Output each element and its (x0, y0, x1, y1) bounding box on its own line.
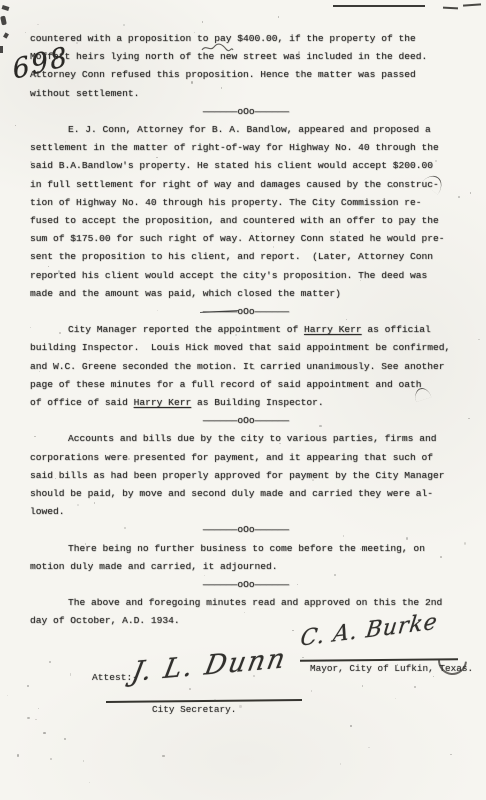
scan-noise-dot (50, 758, 52, 760)
text-line: E. J. Conn, Attorney for B. A. Bandlow, … (30, 121, 462, 139)
scan-noise-dot (92, 562, 93, 563)
scan-noise-dot (7, 695, 8, 696)
scan-noise-dot (450, 754, 452, 755)
text-line: fused to accept the proposition, and cou… (30, 212, 462, 230)
scan-noise-dot (395, 698, 396, 699)
scan-noise-dot (346, 319, 347, 320)
scan-noise-dot (189, 688, 191, 690)
section-divider: ——————oOo—————— (30, 103, 462, 121)
paragraph: E. J. Conn, Attorney for B. A. Bandlow, … (30, 121, 462, 303)
text-line: in full settlement for right of way and … (30, 176, 462, 194)
scan-noise-dot (173, 240, 174, 241)
scan-noise-dot (478, 339, 479, 341)
scan-noise-dot (414, 686, 416, 688)
scan-noise-dot (55, 478, 56, 479)
scan-noise-dot (123, 24, 125, 26)
scan-noise-dot (64, 738, 66, 739)
text-line: Accounts and bills due by the city to va… (30, 430, 462, 448)
scan-noise-dot (38, 708, 40, 709)
punch-hole-arc (432, 640, 473, 681)
scan-noise-dot (464, 542, 466, 545)
scan-speck (0, 16, 7, 26)
scan-noise-dot (162, 755, 164, 756)
scan-noise-dot (27, 685, 29, 688)
top-edge-line (333, 5, 425, 7)
text-line: settlement in the matter of right-of-way… (30, 139, 462, 157)
text-line: page of these minutes for a full record … (30, 376, 462, 394)
text-line: said B.A.Bandlow's property. He stated h… (30, 157, 462, 175)
section-divider: ——————oOo—————— (30, 521, 462, 539)
scan-noise-dot (191, 81, 193, 83)
text-line: made and the amount was paid, which clos… (30, 285, 462, 303)
scan-noise-dot (77, 504, 79, 505)
scan-noise-dot (76, 42, 78, 44)
scan-noise-dot (340, 763, 341, 765)
scan-noise-dot (302, 657, 304, 659)
scan-noise-dot (292, 630, 294, 631)
scan-noise-dot (458, 196, 460, 198)
scan-noise-dot (70, 673, 72, 675)
section-divider: ——————oOo—————— (30, 576, 462, 594)
text-line: Moffett heirs lying north of the new str… (30, 48, 462, 66)
scan-noise-dot (412, 455, 413, 457)
scan-noise-dot (89, 782, 90, 784)
scan-noise-dot (311, 690, 313, 692)
scan-noise-dot (362, 685, 363, 687)
text-line: countered with a proposition to pay $400… (30, 30, 462, 48)
scan-noise-dot (35, 719, 36, 720)
text-line: building Inspector. Louis Hick moved tha… (30, 339, 462, 357)
scan-noise-dot (368, 747, 370, 749)
scan-noise-dot (334, 574, 336, 576)
text-line: of office of said Harry Kerr as Building… (30, 394, 462, 412)
scan-noise-dot (239, 705, 241, 708)
scan-speck (3, 32, 9, 38)
scanned-minutes-page: 698 countered with a proposition to pay … (0, 0, 486, 800)
scan-noise-dot (157, 310, 158, 311)
scan-noise-dot (48, 292, 50, 294)
mayor-title-label: Mayor, City of Lufkin, Texas. (310, 663, 473, 674)
text-line: corporations were presented for payment,… (30, 449, 462, 467)
scan-speck (0, 46, 3, 53)
scan-noise-dot (48, 266, 49, 267)
text-line: said bills as had been properly approved… (30, 467, 462, 485)
text-line: sent the proposition to his client, and … (30, 248, 462, 266)
scan-noise-dot (433, 676, 434, 677)
section-divider: ——————oOo—————— (30, 412, 462, 430)
text-line: There being no further business to come … (30, 540, 462, 558)
scan-noise-dot (17, 754, 19, 756)
section-divider: ——————oOo—————— (30, 303, 462, 321)
secretary-signature: J. L. Dunn (129, 643, 289, 688)
mayor-signature-line (300, 658, 458, 661)
text-line: Attorney Conn refused this proposition. … (30, 66, 462, 84)
scan-noise-dot (43, 732, 45, 734)
text-line: City Manager reported the appointment of… (30, 321, 462, 339)
scan-noise-dot (159, 277, 161, 279)
scan-noise-dot (202, 21, 203, 23)
text-line: should be paid, by move and second duly … (30, 485, 462, 503)
text-line: tion of Highway No. 40 through his prope… (30, 194, 462, 212)
paragraph: Accounts and bills due by the city to va… (30, 430, 462, 521)
scan-noise-dot (406, 537, 408, 539)
text-line: motion duly made and carried, it adjourn… (30, 558, 462, 576)
secretary-title-label: City Secretary. (152, 704, 236, 715)
text-line: without settlement. (30, 85, 462, 103)
scan-noise-dot (350, 725, 352, 727)
scan-noise-dot (37, 24, 38, 25)
text-line: lowed. (30, 503, 462, 521)
document-body: countered with a proposition to pay $400… (30, 30, 462, 631)
scan-noise-dot (49, 661, 51, 662)
scan-noise-dot (15, 125, 16, 126)
scan-noise-dot (30, 161, 32, 163)
scan-speck (2, 5, 10, 11)
text-line: reported his client would accept the cit… (30, 267, 462, 285)
scan-noise-dot (214, 699, 216, 701)
paragraph: countered with a proposition to pay $400… (30, 30, 462, 103)
top-edge-dash (463, 3, 481, 6)
scan-noise-dot (83, 760, 85, 761)
scan-noise-dot (278, 16, 279, 17)
scan-noise-dot (468, 418, 470, 419)
scan-noise-dot (27, 717, 29, 719)
scan-noise-dot (204, 575, 205, 576)
scan-noise-dot (25, 32, 27, 33)
scan-noise-dot (319, 425, 321, 427)
paragraph: There being no further business to come … (30, 540, 462, 576)
text-line: sum of $175.00 for such right of way. At… (30, 230, 462, 248)
paragraph: City Manager reported the appointment of… (30, 321, 462, 412)
scan-noise-dot (343, 535, 344, 537)
top-edge-dash (443, 7, 458, 9)
text-line: The above and foregoing minutes read and… (30, 594, 462, 612)
scan-noise-dot (470, 192, 471, 193)
secretary-signature-line (106, 699, 302, 703)
text-line: and W.C. Greene seconded the motion. It … (30, 358, 462, 376)
scan-noise-dot (297, 584, 298, 585)
scan-noise-dot (279, 443, 281, 444)
